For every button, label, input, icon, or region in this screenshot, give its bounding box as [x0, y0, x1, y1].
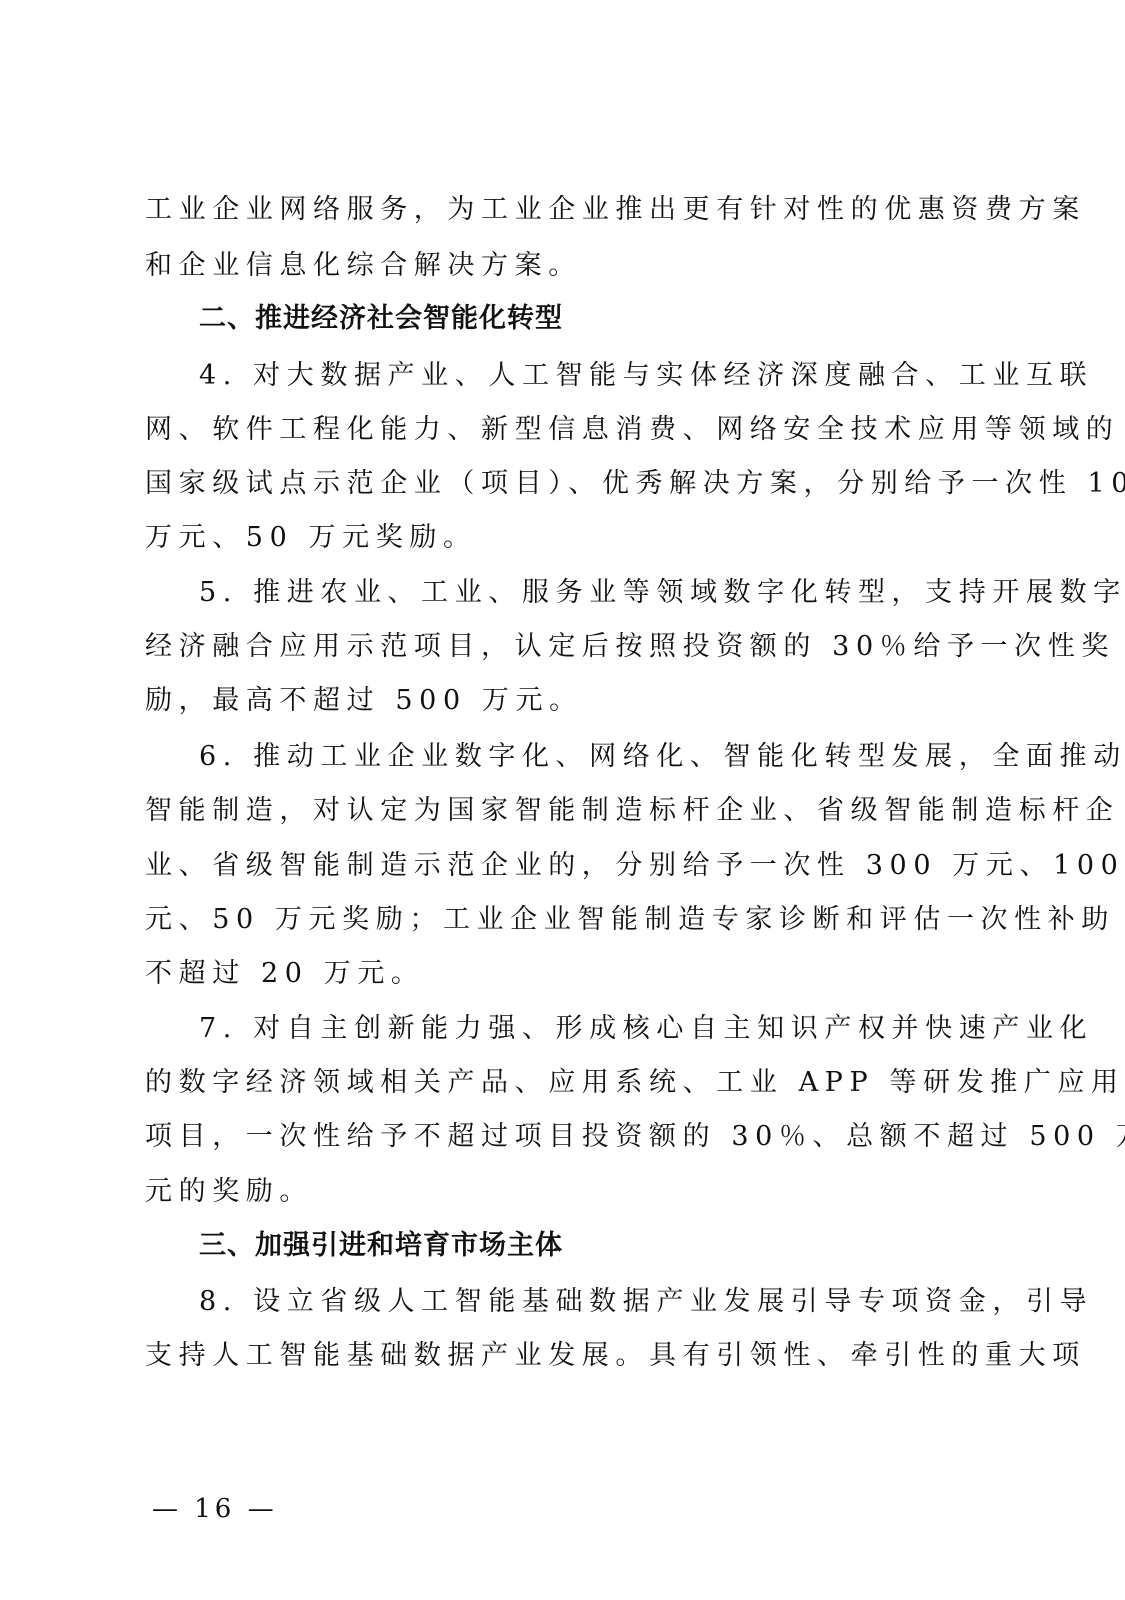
- body-text-line: 和企业信息化综合解决方案。: [145, 249, 960, 283]
- body-text-line: 励，最高不超过 500 万元。: [145, 684, 960, 718]
- body-text-line: 经济融合应用示范项目，认定后按照投资额的 30％给予一次性奖: [145, 630, 960, 664]
- body-text-line: 工业企业网络服务，为工业企业推出更有针对性的优惠资费方案: [145, 193, 960, 227]
- body-text-line: 5. 推进农业、工业、服务业等领域数字化转型，支持开展数字: [199, 576, 960, 610]
- body-text-line: 不超过 20 万元。: [145, 957, 960, 991]
- body-text-line: 6. 推动工业企业数字化、网络化、智能化转型发展，全面推动: [199, 740, 960, 774]
- document-page: 工业企业网络服务，为工业企业推出更有针对性的优惠资费方案 和企业信息化综合解决方…: [0, 0, 1125, 1600]
- body-text-line: 国家级试点示范企业（项目）、优秀解决方案，分别给予一次性 100: [145, 467, 960, 501]
- body-text-line: 网、软件工程化能力、新型信息消费、网络安全技术应用等领域的: [145, 413, 960, 447]
- body-text-line: 支持人工智能基础数据产业发展。具有引领性、牵引性的重大项: [145, 1339, 960, 1373]
- body-text-line: 4. 对大数据产业、人工智能与实体经济深度融合、工业互联: [199, 359, 960, 393]
- body-text-line: 7. 对自主创新能力强、形成核心自主知识产权并快速产业化: [199, 1012, 960, 1046]
- section-heading: 二、推进经济社会智能化转型: [199, 302, 563, 336]
- body-text-line: 智能制造，对认定为国家智能制造标杆企业、省级智能制造标杆企: [145, 794, 960, 828]
- body-text-line: 元、50 万元奖励；工业企业智能制造专家诊断和评估一次性补助: [145, 903, 960, 937]
- body-text-line: 万元、50 万元奖励。: [145, 521, 960, 555]
- body-text-line: 8. 设立省级人工智能基础数据产业发展引导专项资金，引导: [199, 1285, 960, 1319]
- body-text-line: 项目，一次性给予不超过项目投资额的 30％、总额不超过 500 万: [145, 1120, 960, 1154]
- body-text-line: 业、省级智能制造示范企业的，分别给予一次性 300 万元、100 万: [145, 849, 960, 883]
- body-text-line: 元的奖励。: [145, 1175, 960, 1209]
- section-heading: 三、加强引进和培育市场主体: [199, 1229, 563, 1263]
- body-text-line: 的数字经济领域相关产品、应用系统、工业 APP 等研发推广应用: [145, 1066, 960, 1100]
- page-number: — 16 —: [152, 1493, 278, 1525]
